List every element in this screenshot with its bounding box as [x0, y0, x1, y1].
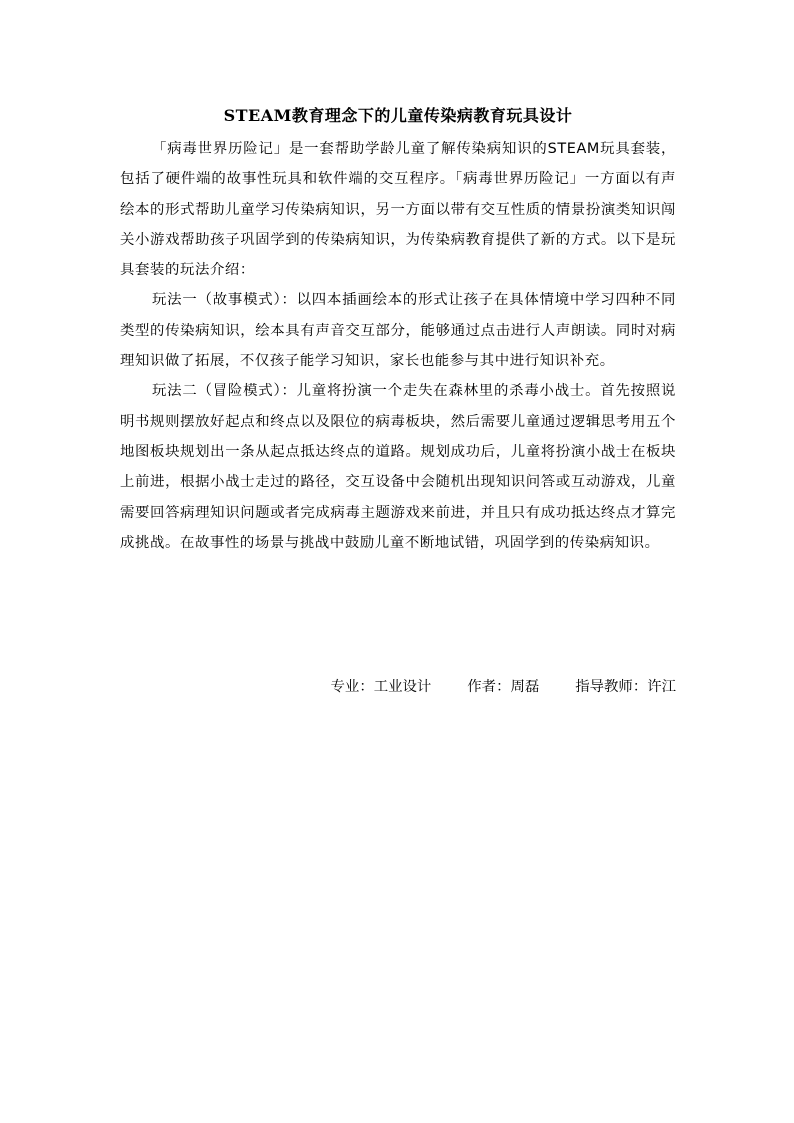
- advisor-label: 指导教师：许江: [575, 679, 676, 695]
- major-label: 专业：工业设计: [331, 679, 432, 695]
- document-title: STEAM教育理念下的儿童传染病教育玩具设计: [120, 104, 676, 128]
- paragraph-story-mode: 玩法一（故事模式）：以四本插画绘本的形式让孩子在具体情境中学习四种不同类型的传染…: [120, 285, 676, 376]
- paragraph-adventure-mode: 玩法二（冒险模式）：儿童将扮演一个走失在森林里的杀毒小战士。首先按照说明书规则摆…: [120, 376, 676, 558]
- document-page: STEAM教育理念下的儿童传染病教育玩具设计 「病毒世界历险记」是一套帮助学龄儿…: [120, 104, 676, 558]
- author-info: 专业：工业设计作者：周磊指导教师：许江: [120, 674, 676, 700]
- author-label: 作者：周磊: [467, 679, 539, 695]
- paragraph-intro: 「病毒世界历险记」是一套帮助学龄儿童了解传染病知识的STEAM玩具套装，包括了硬…: [120, 134, 676, 285]
